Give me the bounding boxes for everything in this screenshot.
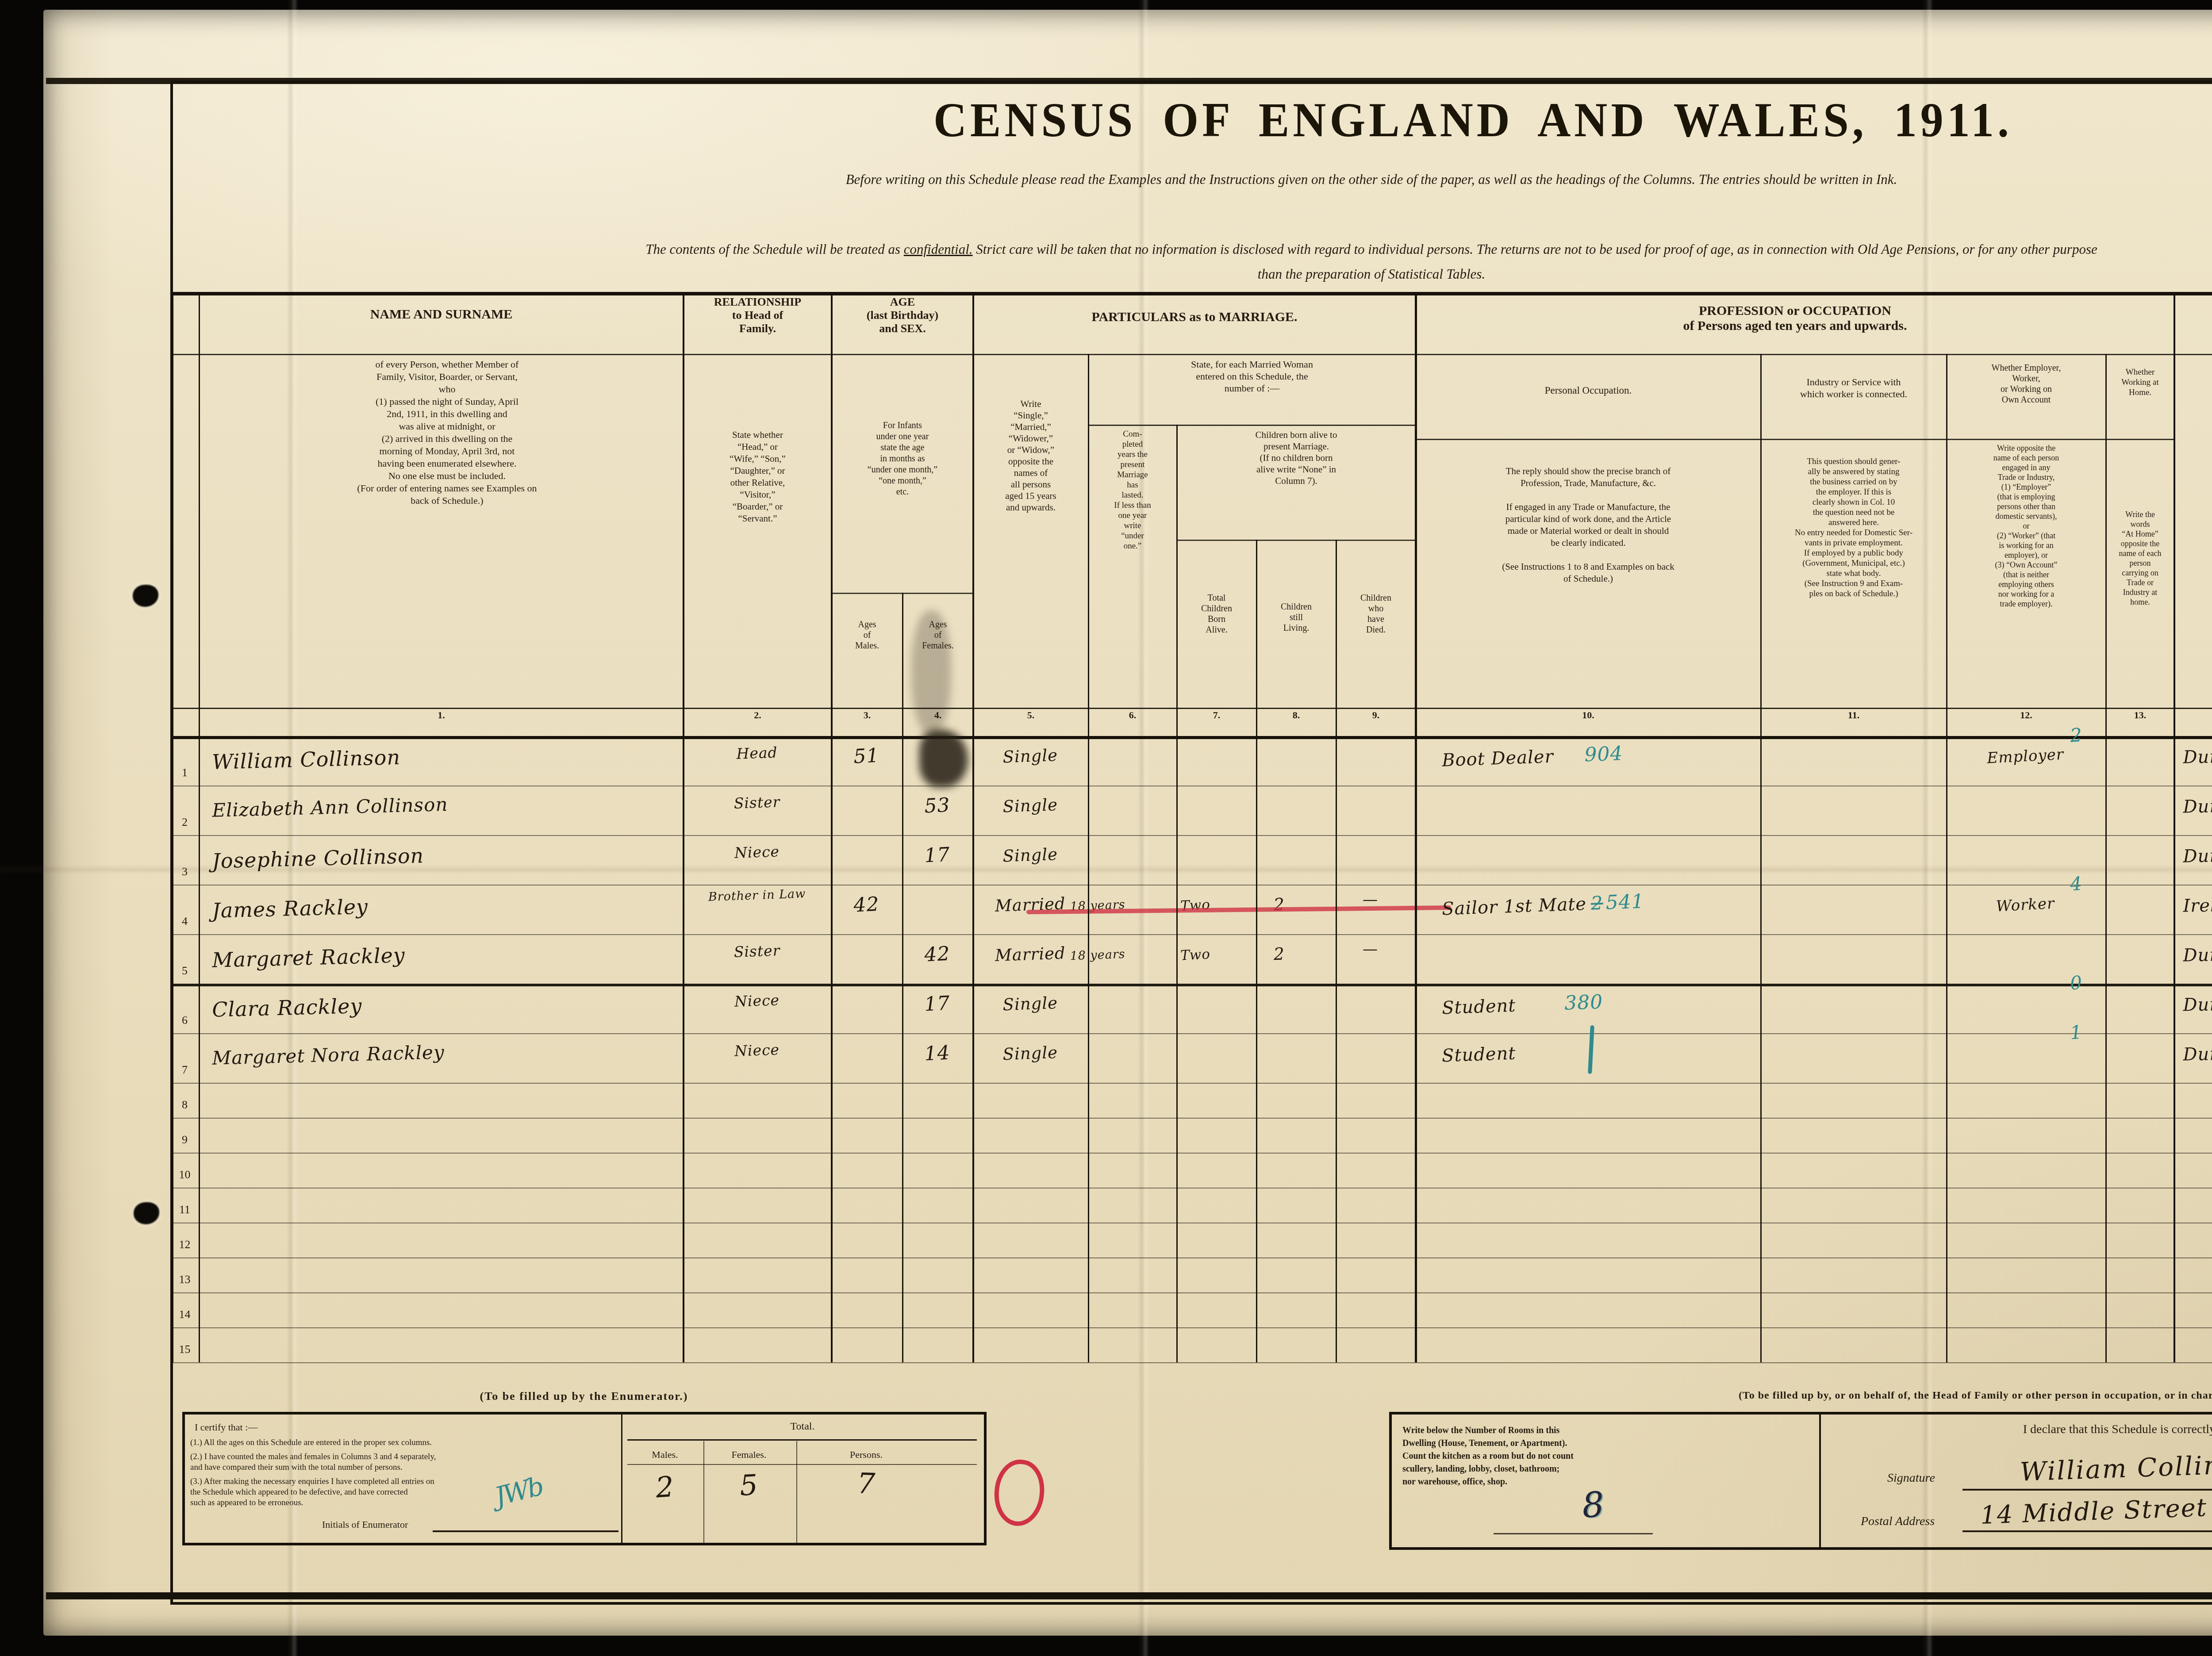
employment-code-row7: 1 (2070, 1020, 2103, 1053)
certify-item-2: (2.) I have counted the males and female… (190, 1452, 615, 1473)
header-desc-d12t: Whether Employer, Worker, or Working on … (1949, 354, 2103, 439)
cell-relationship-row4: Brother in Law (685, 886, 830, 941)
table-vline (1760, 354, 1762, 1362)
initials-label: Initials of Enumerator (322, 1519, 408, 1530)
form-title: CENSUS OF ENGLAND AND WALES, 1911. (933, 92, 2012, 148)
col-number-14: 14. (2174, 709, 2212, 736)
table-vline (170, 292, 173, 1362)
row-number-3: 3 (170, 835, 199, 885)
table-hline (170, 1257, 2212, 1258)
cell-relationship-row6: Niece (685, 992, 830, 1046)
table-vline (902, 593, 903, 1362)
row-number-5: 5 (170, 934, 199, 984)
address-label: Postal Address (1861, 1514, 1935, 1529)
row-number-4: 4 (170, 885, 199, 934)
header-group-g6: BIRTHPLACE of every person. (2174, 292, 2212, 354)
cell-occupation-row4: Sailor 1st Mate2541 (1441, 886, 1757, 947)
cell-occupation-row1: Boot Dealer904 (1441, 738, 1757, 798)
header-desc-d8: Children still Living. (1259, 540, 1333, 708)
initials-line (433, 1530, 618, 1532)
cell-age-female-row7: 14 (901, 1040, 975, 1093)
col-number-11: 11. (1761, 709, 1947, 736)
cell-children-living-row5: 2 (1273, 942, 1355, 994)
col-number-7: 7. (1177, 709, 1256, 736)
cell-relationship-row1: Head (685, 744, 830, 798)
table-vline (1176, 425, 1178, 1362)
cell-children-living-row4: 2 (1273, 892, 1355, 944)
table-hline (170, 1223, 2212, 1223)
certify-intro: I certify that :— (195, 1422, 257, 1433)
rooms-value: 8 (1581, 1484, 1606, 1526)
cell-marital-row2: Single (974, 794, 1087, 848)
occupation-code-row4: 541 (1605, 890, 1645, 914)
col-number-8: 8. (1256, 709, 1336, 736)
row-number-8: 8 (170, 1083, 199, 1118)
cell-age-female-row3: 17 (901, 842, 975, 895)
table-vline (1336, 540, 1337, 1362)
header-group-g3: AGE (last Birthday) and SEX. (832, 292, 973, 354)
confidential-note: The contents of the Schedule will be tre… (186, 212, 2212, 287)
cell-marital-row3: Single (974, 844, 1087, 897)
totals-colline-2 (796, 1441, 797, 1543)
females-label: Females. (707, 1449, 791, 1460)
table-hline (170, 736, 2212, 739)
col-number-6: 6. (1088, 709, 1177, 736)
header-desc-d7_9: Children born alive to present Marriage.… (1179, 425, 1413, 540)
address-value: 14 Middle Street - Consett (1980, 1489, 2212, 1530)
row-number-1: 1 (170, 736, 199, 786)
header-desc-d3: For Infants under one year state the age… (834, 354, 971, 593)
table-vline (683, 292, 684, 1362)
males-value: 2 (626, 1468, 704, 1506)
row-number-2: 2 (170, 786, 199, 835)
ink-smear (911, 610, 951, 734)
males-label: Males. (627, 1449, 703, 1460)
table-vline (1088, 354, 1089, 1362)
totals-colline-1 (703, 1441, 704, 1543)
table-hline (170, 1188, 2212, 1188)
header-desc-d14: (1) If born in the United King- dom, wri… (2177, 354, 2212, 708)
schedule-table: NAME AND SURNAMERELATIONSHIP to Head of … (170, 292, 2212, 1362)
dwelling-divider (1819, 1414, 1821, 1547)
table-vline (1946, 354, 1947, 1362)
table-hline (170, 354, 2212, 355)
cell-relationship-row7: Niece (685, 1041, 830, 1096)
declaration-text: I declare that this Schedule is correctl… (1834, 1422, 2212, 1437)
signature-label: Signature (1887, 1471, 1935, 1485)
cell-relationship-row5: Sister (685, 942, 830, 997)
certify-item-1: (1.) All the ages on this Schedule are e… (190, 1437, 615, 1448)
cell-age-female-row6: 17 (901, 991, 975, 1044)
occupation-code-row6: 380 (1564, 991, 1603, 1015)
table-hline (1177, 540, 1416, 541)
intro-line: Before writing on this Schedule please r… (230, 172, 2212, 188)
col-number-9: 9. (1336, 709, 1416, 736)
table-vline (1256, 540, 1257, 1362)
cell-occupation-row7: Student (1441, 1035, 1757, 1096)
header-desc-d6_intro: State, for each Married Woman entered on… (1091, 354, 1413, 425)
cell-age-female-row2: 53 (901, 793, 975, 846)
employment-code-row1: 2 (2070, 723, 2103, 756)
employment-code-row6: 0 (2070, 970, 2103, 1004)
cell-relationship-row2: Sister (685, 793, 830, 848)
cell-marital-row1: Single (974, 745, 1087, 798)
row-number-10: 10 (170, 1153, 199, 1188)
col-number-1: 1. (199, 709, 684, 736)
header-desc-d10: The reply should show the precise branch… (1418, 439, 1758, 708)
cell-age-male-row1: 51 (830, 743, 904, 796)
occupation-code-row1: 904 (1584, 742, 1624, 766)
enumerator-heading: (To be filled up by the Enumerator.) (182, 1390, 986, 1403)
total-label: Total. (621, 1421, 984, 1433)
dwelling-heading: (To be filled up by, or on behalf of, th… (1389, 1390, 2212, 1402)
certify-item-3: (3.) After making the necessary enquirie… (190, 1476, 615, 1508)
signature-value: William Collinson (2020, 1448, 2212, 1487)
col-number-13: 13. (2106, 709, 2174, 736)
header-desc-d10t: Personal Occupation. (1418, 354, 1758, 439)
confidential-post: Strict care will be taken that no inform… (973, 241, 2097, 282)
header-desc-d5: Write “Single,” “Married,” “Widower,” or… (976, 354, 1086, 708)
totals-line (627, 1464, 977, 1465)
cell-birthplace-row1: Durham Consett (2183, 742, 2212, 797)
table-vline (199, 292, 200, 1362)
row-number-9: 9 (170, 1118, 199, 1153)
cell-children-born-row4: Two (1180, 894, 1262, 947)
address-line (1962, 1530, 2212, 1532)
confidential-pre: The contents of the Schedule will be tre… (645, 241, 903, 257)
header-desc-d6: Com- pleted years the present Marriage h… (1091, 425, 1174, 708)
table-vline (2105, 354, 2107, 1362)
persons-label: Persons. (800, 1449, 933, 1460)
cell-marriage-years-row5: 18 years (1070, 946, 1178, 999)
header-desc-d9: Children who have Died. (1339, 540, 1413, 708)
col-number-3: 3. (832, 709, 902, 736)
cell-birthplace-row4: Ireland Belfast (2183, 891, 2212, 945)
header-desc-d1: of every Person, whether Member of Famil… (202, 354, 681, 708)
bottom-heavy-rule (46, 1592, 2212, 1599)
table-vline (1415, 292, 1417, 1362)
signature-line (1962, 1489, 2212, 1491)
census-1911-schedule-scan: CENSUS OF ENGLAND AND WALES, 1911. Befor… (0, 0, 2212, 1656)
table-vline (972, 292, 974, 1362)
cell-marital-row7: Single (974, 1042, 1087, 1096)
table-hline (170, 1362, 2212, 1363)
header-group-g5: PROFESSION or OCCUPATION of Persons aged… (1416, 292, 2174, 354)
header-desc-d11t: Industry or Service with which worker is… (1763, 354, 1944, 439)
header-desc-d3m: Ages of Males. (834, 593, 900, 708)
total-underline (627, 1439, 977, 1441)
cell-children-died-row4: — (1363, 891, 1442, 940)
header-group-g2: RELATIONSHIP to Head of Family. (684, 292, 832, 354)
col-number-2: 2. (684, 709, 832, 736)
header-desc-d13t: Whether Working at Home. (2108, 354, 2172, 439)
enumerator-box: I certify that :— (1.) All the ages on t… (182, 1412, 987, 1545)
header-group-g1: NAME AND SURNAME (199, 292, 684, 354)
cell-birthplace-row3: Durham Blackhill (2183, 841, 2212, 896)
header-desc-d11: This question should gener- ally be answ… (1763, 439, 1944, 708)
row-number-15: 15 (170, 1327, 199, 1362)
cell-marriage-years-row4: 18 years (1070, 896, 1178, 949)
occupation-code-struck-row4: 2 (1590, 892, 1603, 914)
table-hline (1088, 425, 1416, 426)
header-desc-d12: Write opposite the name of each person e… (1949, 439, 2103, 708)
females-value: 5 (706, 1467, 792, 1504)
table-vline (831, 292, 833, 1362)
col-number-5: 5. (973, 709, 1088, 736)
col-number-10: 10. (1416, 709, 1761, 736)
table-hline (170, 708, 2212, 709)
cell-age-male-row4: 42 (830, 892, 904, 945)
table-hline (1416, 439, 2174, 440)
confidential-word: confidential. (904, 241, 973, 257)
row-number-14: 14 (170, 1292, 199, 1327)
ink-blot (919, 730, 968, 787)
rooms-instructions: Write below the Number of Rooms in this … (1402, 1424, 1814, 1488)
persons-value: 7 (799, 1465, 933, 1503)
cell-children-died-row5: — (1363, 940, 1442, 990)
table-hline (170, 1118, 2212, 1119)
cell-birthplace-row7: Durham Sunderland (2183, 1039, 2212, 1094)
table-vline (2174, 292, 2175, 1362)
row-number-6: 6 (170, 984, 199, 1033)
cell-children-born-row5: Two (1180, 943, 1262, 997)
employment-code-row4: 4 (2070, 871, 2103, 905)
table-hline (170, 1327, 2212, 1328)
table-hline (170, 292, 2212, 295)
dwelling-box: Write below the Number of Rooms in this … (1389, 1412, 2212, 1550)
header-desc-d7: Total Children Born Alive. (1179, 540, 1254, 708)
header-group-g4: PARTICULARS as to MARRIAGE. (973, 292, 1416, 354)
cell-birthplace-row2: Durham Consett (2183, 792, 2212, 846)
row-number-13: 13 (170, 1257, 199, 1292)
cell-birthplace-row6: Durham Consett (2183, 990, 2212, 1044)
row-number-12: 12 (170, 1223, 199, 1257)
table-hline (170, 1153, 2212, 1154)
cell-birthplace-row5: Durham Consett (2183, 940, 2212, 995)
row-number-11: 11 (170, 1188, 199, 1223)
totals-divider (621, 1414, 622, 1543)
header-desc-d13: Write the words “At Home” opposite the n… (2108, 439, 2172, 708)
rooms-line (1494, 1533, 1653, 1534)
table-hline (170, 1292, 2212, 1293)
header-desc-d2: State whether “Head,” or “Wife,” “Son,” … (686, 354, 829, 708)
row-number-7: 7 (170, 1033, 199, 1083)
cell-marital-row6: Single (974, 993, 1087, 1046)
cell-age-female-row5: 42 (901, 941, 975, 994)
